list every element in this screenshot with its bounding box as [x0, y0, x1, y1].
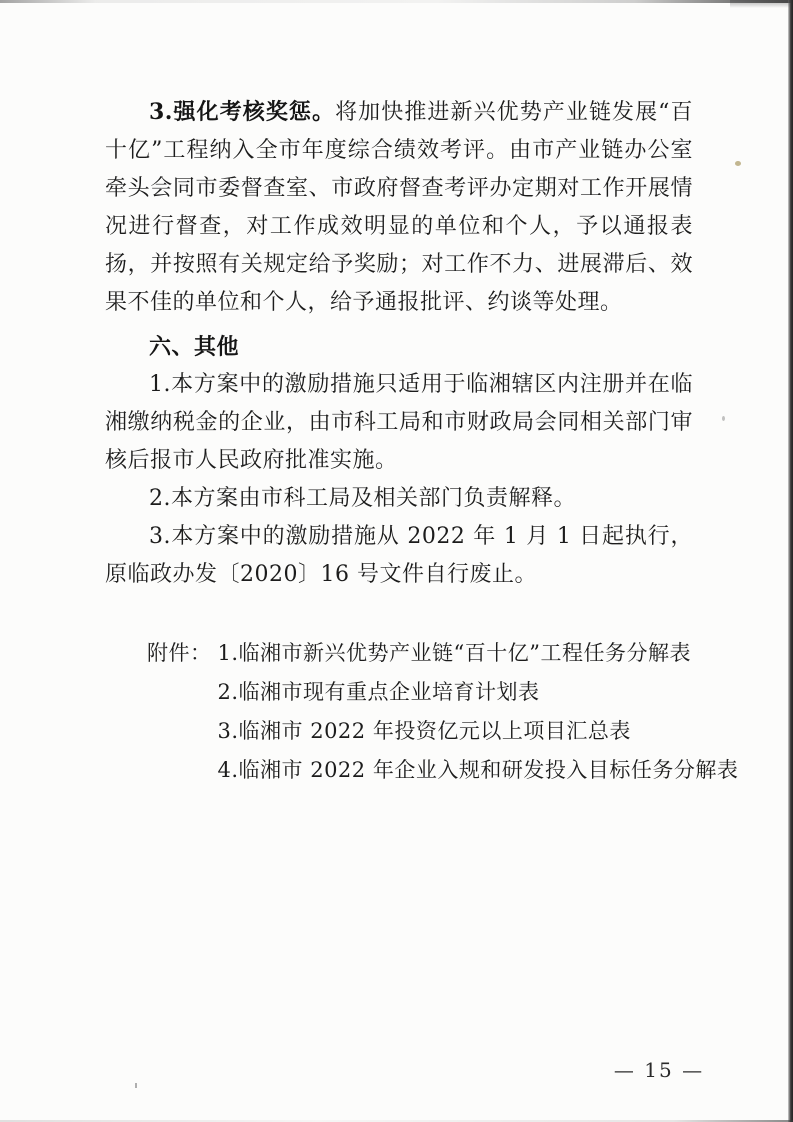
scan-edge-top — [0, 0, 793, 3]
attachment-item-2: 2.临湘市现有重点企业培育计划表 — [218, 673, 739, 712]
scan-edge-top-right-smudge — [730, 0, 790, 8]
other-item-2: 2.本方案由市科工局及相关部门负责解释。 — [105, 480, 693, 518]
scanned-document-page: { "document": { "para3": { "lead": "3.强化… — [0, 0, 793, 1122]
attachments-label: 附件： — [147, 634, 218, 673]
paragraph-assessment-rewards: 3.强化考核奖惩。将加快推进新兴优势产业链发展“百十亿”工程纳入全市年度综合绩效… — [105, 93, 693, 322]
attachment-item-4: 4.临湘市 2022 年企业入规和研发投入目标任务分解表 — [218, 751, 739, 790]
scan-speck — [722, 416, 725, 421]
section-heading-others: 六、其他 — [105, 328, 693, 366]
attachments-block: 附件： 1.临湘市新兴优势产业链“百十亿”工程任务分解表 2.临湘市现有重点企业… — [147, 634, 693, 790]
document-body: 3.强化考核奖惩。将加快推进新兴优势产业链发展“百十亿”工程纳入全市年度综合绩效… — [105, 93, 693, 790]
attachment-item-1: 1.临湘市新兴优势产业链“百十亿”工程任务分解表 — [218, 634, 739, 673]
other-item-1: 1.本方案中的激励措施只适用于临湘辖区内注册并在临湘缴纳税金的企业，由市科工局和… — [105, 366, 693, 480]
paragraph-body-text: 将加快推进新兴优势产业链发展“百十亿”工程纳入全市年度综合绩效考评。由市产业链办… — [105, 100, 693, 315]
scan-speck — [735, 161, 741, 166]
attachment-item-3: 3.临湘市 2022 年投资亿元以上项目汇总表 — [218, 712, 739, 751]
paragraph-lead-bold: 3.强化考核奖惩。 — [149, 99, 335, 125]
page-number: — 15 — — [600, 1058, 718, 1082]
scan-speck — [135, 1083, 137, 1088]
scan-edge-right — [788, 0, 793, 1122]
other-item-3: 3.本方案中的激励措施从 2022 年 1 月 1 日起执行，原临政办发〔202… — [105, 518, 693, 594]
attachments-list: 1.临湘市新兴优势产业链“百十亿”工程任务分解表 2.临湘市现有重点企业培育计划… — [218, 634, 739, 790]
